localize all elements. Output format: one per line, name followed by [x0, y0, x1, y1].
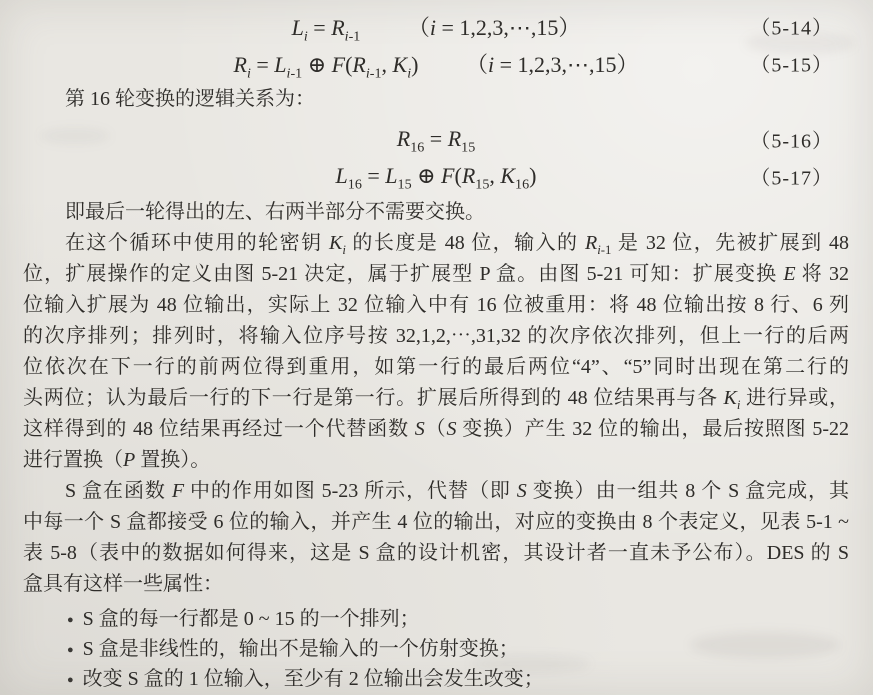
- formula-body: L16 = L15 ⊕ F(R15, K16): [336, 163, 537, 189]
- text-line: 位输入扩展为 48 位输出，实际上 32 位输入中有 16 位被重用：将 48 …: [23, 290, 849, 321]
- formula-group: Li = Ri-1 （i = 1,2,3,⋯,15）: [292, 11, 581, 42]
- formula-group: Ri = Li-1 ⊕ F(Ri-1, Ki) （i = 1,2,3,⋯,15）: [233, 48, 638, 79]
- formula-condition: （i = 1,2,3,⋯,15）: [408, 15, 581, 40]
- list-item: ●S 盒的每一行都是 0 ~ 15 的一个排列；: [67, 604, 849, 634]
- text-line: 盒具有这样一些属性：: [23, 569, 849, 600]
- text-line: 的次序排列；排列时，将输入位序号按 32,1,2,⋯,31,32 的次序依次排列…: [23, 321, 849, 352]
- text-line: 表 5-8（表中的数据如何得来，这是 S 盒的设计机密，其设计者一直未予公布）。…: [23, 538, 849, 569]
- equation-5-15: Ri = Li-1 ⊕ F(Ri-1, Ki) （i = 1,2,3,⋯,15）…: [23, 44, 849, 82]
- text-line: 位依次在下一行的前两位得到重用，如第一行的最后两位“4”、“5”同时出现在第二行…: [23, 352, 849, 383]
- equation-number: （5-14）: [750, 12, 833, 41]
- paragraph-round16-intro: 第 16 轮变换的逻辑关系为：: [23, 84, 849, 115]
- text-line: 中每一个 S 盒都接受 6 位的输入，并产生 4 位的输出，对应的变换由 8 个…: [23, 507, 849, 538]
- paragraph-sbox: S 盒在函数 F 中的作用如图 5-23 所示，代替（即 S 变换）由一组共 8…: [23, 476, 849, 600]
- formula-body: Ri = Li-1 ⊕ F(Ri-1, Ki): [233, 52, 418, 77]
- text-line: S 盒在函数 F 中的作用如图 5-23 所示，代替（即 S 变换）由一组共 8…: [23, 476, 849, 507]
- bullet-icon: ●: [67, 674, 74, 686]
- formula-condition: （i = 1,2,3,⋯,15）: [466, 52, 639, 77]
- sbox-property-list: ●S 盒的每一行都是 0 ~ 15 的一个排列； ●S 盒是非线性的，输出不是输…: [23, 604, 849, 694]
- text-line: 头两位；认为最后一行的下一行是第一行。扩展后所得到的 48 位结果再与各 Ki …: [23, 383, 849, 414]
- paragraph-expansion: 在这个循环中使用的轮密钥 Ki 的长度是 48 位，输入的 Ri-1 是 32 …: [23, 228, 849, 476]
- scanned-book-page: Li = Ri-1 （i = 1,2,3,⋯,15） （5-14） Ri = L…: [0, 0, 873, 695]
- list-item: ●改变 S 盒的 1 位输入，至少有 2 位输出会发生改变；: [67, 664, 849, 694]
- formula-body: R16 = R15: [397, 126, 475, 152]
- formula-body: Li = Ri-1: [292, 15, 361, 40]
- equation-number: （5-16）: [750, 125, 833, 154]
- text-line: 进行置换（P 置换）。: [23, 445, 849, 476]
- text-line: 位，扩展操作的定义由图 5-21 决定，属于扩展型 P 盒。由图 5-21 可知…: [23, 259, 849, 290]
- equation-number: （5-15）: [750, 49, 833, 78]
- bullet-text: S 盒是非线性的，输出不是输入的一个仿射变换；: [83, 638, 519, 660]
- bullet-icon: ●: [67, 614, 74, 626]
- bullet-text: 改变 S 盒的 1 位输入，至少有 2 位输出会发生改变；: [83, 668, 544, 690]
- paragraph-no-swap: 即最后一轮得出的左、右两半部分不需要交换。: [23, 197, 849, 228]
- equation-5-14: Li = Ri-1 （i = 1,2,3,⋯,15） （5-14）: [23, 8, 849, 44]
- text-line: 在这个循环中使用的轮密钥 Ki 的长度是 48 位，输入的 Ri-1 是 32 …: [23, 228, 849, 259]
- equation-5-16: R16 = R15 （5-16）: [23, 121, 849, 157]
- text-line: 这样得到的 48 位结果再经过一个代替函数 S（S 变换）产生 32 位的输出，…: [23, 414, 849, 445]
- bullet-text: S 盒的每一行都是 0 ~ 15 的一个排列；: [83, 608, 420, 630]
- list-item: ●S 盒是非线性的，输出不是输入的一个仿射变换；: [67, 634, 849, 664]
- equation-number: （5-17）: [750, 161, 833, 190]
- equation-5-17: L16 = L15 ⊕ F(R15, K16) （5-17）: [23, 157, 849, 194]
- bullet-icon: ●: [67, 644, 74, 656]
